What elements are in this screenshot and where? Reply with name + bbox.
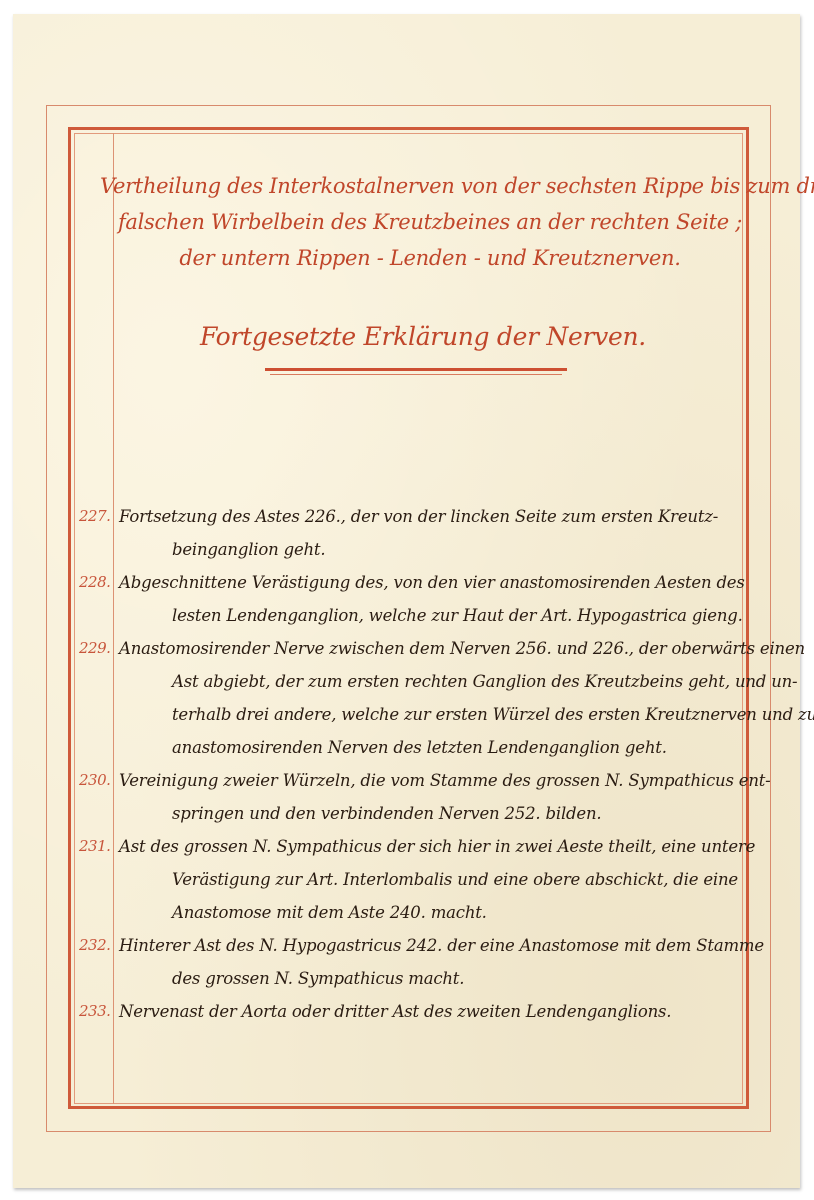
entry-text: Ast des grossen N. Sympathicus der sich … xyxy=(74,830,743,863)
entry-text: springen und den verbindenden Nerven 252… xyxy=(74,797,743,830)
entry-text: beinganglion geht. xyxy=(74,533,743,566)
section-heading: Fortgesetzte Erklärung der Nerven. xyxy=(200,322,630,351)
entry-text: Nervenast der Aorta oder dritter Ast des… xyxy=(74,995,743,1028)
title-line: der untern Rippen - Lenden - und Kreutzn… xyxy=(100,240,760,276)
entry-text: Vereinigung zweier Würzeln, die vom Stam… xyxy=(74,764,743,797)
list-item: 232. Hinterer Ast des N. Hypogastricus 2… xyxy=(74,929,743,995)
entry-text: Hinterer Ast des N. Hypogastricus 242. d… xyxy=(74,929,743,962)
entry-number: 228. xyxy=(79,566,115,598)
entry-text: Ast abgiebt, der zum ersten rechten Gang… xyxy=(74,665,743,698)
entry-number: 233. xyxy=(79,995,115,1027)
list-item: 230. Vereinigung zweier Würzeln, die vom… xyxy=(74,764,743,830)
entry-text: des grossen N. Sympathicus macht. xyxy=(74,962,743,995)
entry-number: 230. xyxy=(79,764,115,796)
entry-text: lesten Lendenganglion, welche zur Haut d… xyxy=(74,599,743,632)
heading-underline-thin xyxy=(270,374,562,375)
entry-text: anastomosirenden Nerven des letzten Lend… xyxy=(74,731,743,764)
entry-number: 227. xyxy=(79,500,115,532)
entry-text: Verästigung zur Art. Interlombalis und e… xyxy=(74,863,743,896)
heading-underline-thick xyxy=(265,368,567,371)
list-item: 227. Fortsetzung des Astes 226., der von… xyxy=(74,500,743,566)
entry-number: 229. xyxy=(79,632,115,664)
entry-text: Abgeschnittene Verästigung des, von den … xyxy=(74,566,743,599)
entry-text: Anastomose mit dem Aste 240. macht. xyxy=(74,896,743,929)
entry-text: Anastomosirender Nerve zwischen dem Nerv… xyxy=(74,632,743,665)
title-line: Vertheilung des Interkostalnerven von de… xyxy=(100,168,760,204)
list-item: 228. Abgeschnittene Verästigung des, von… xyxy=(74,566,743,632)
entry-number: 231. xyxy=(79,830,115,862)
entry-number: 232. xyxy=(79,929,115,961)
list-item: 229. Anastomosirender Nerve zwischen dem… xyxy=(74,632,743,764)
page-title: Vertheilung des Interkostalnerven von de… xyxy=(100,168,760,276)
title-line: falschen Wirbelbein des Kreutzbeines an … xyxy=(100,204,760,240)
entry-list: 227. Fortsetzung des Astes 226., der von… xyxy=(74,500,743,1028)
list-item: 231. Ast des grossen N. Sympathicus der … xyxy=(74,830,743,929)
list-item: 233. Nervenast der Aorta oder dritter As… xyxy=(74,995,743,1028)
entry-text: terhalb drei andere, welche zur ersten W… xyxy=(74,698,743,731)
entry-text: Fortsetzung des Astes 226., der von der … xyxy=(74,500,743,533)
